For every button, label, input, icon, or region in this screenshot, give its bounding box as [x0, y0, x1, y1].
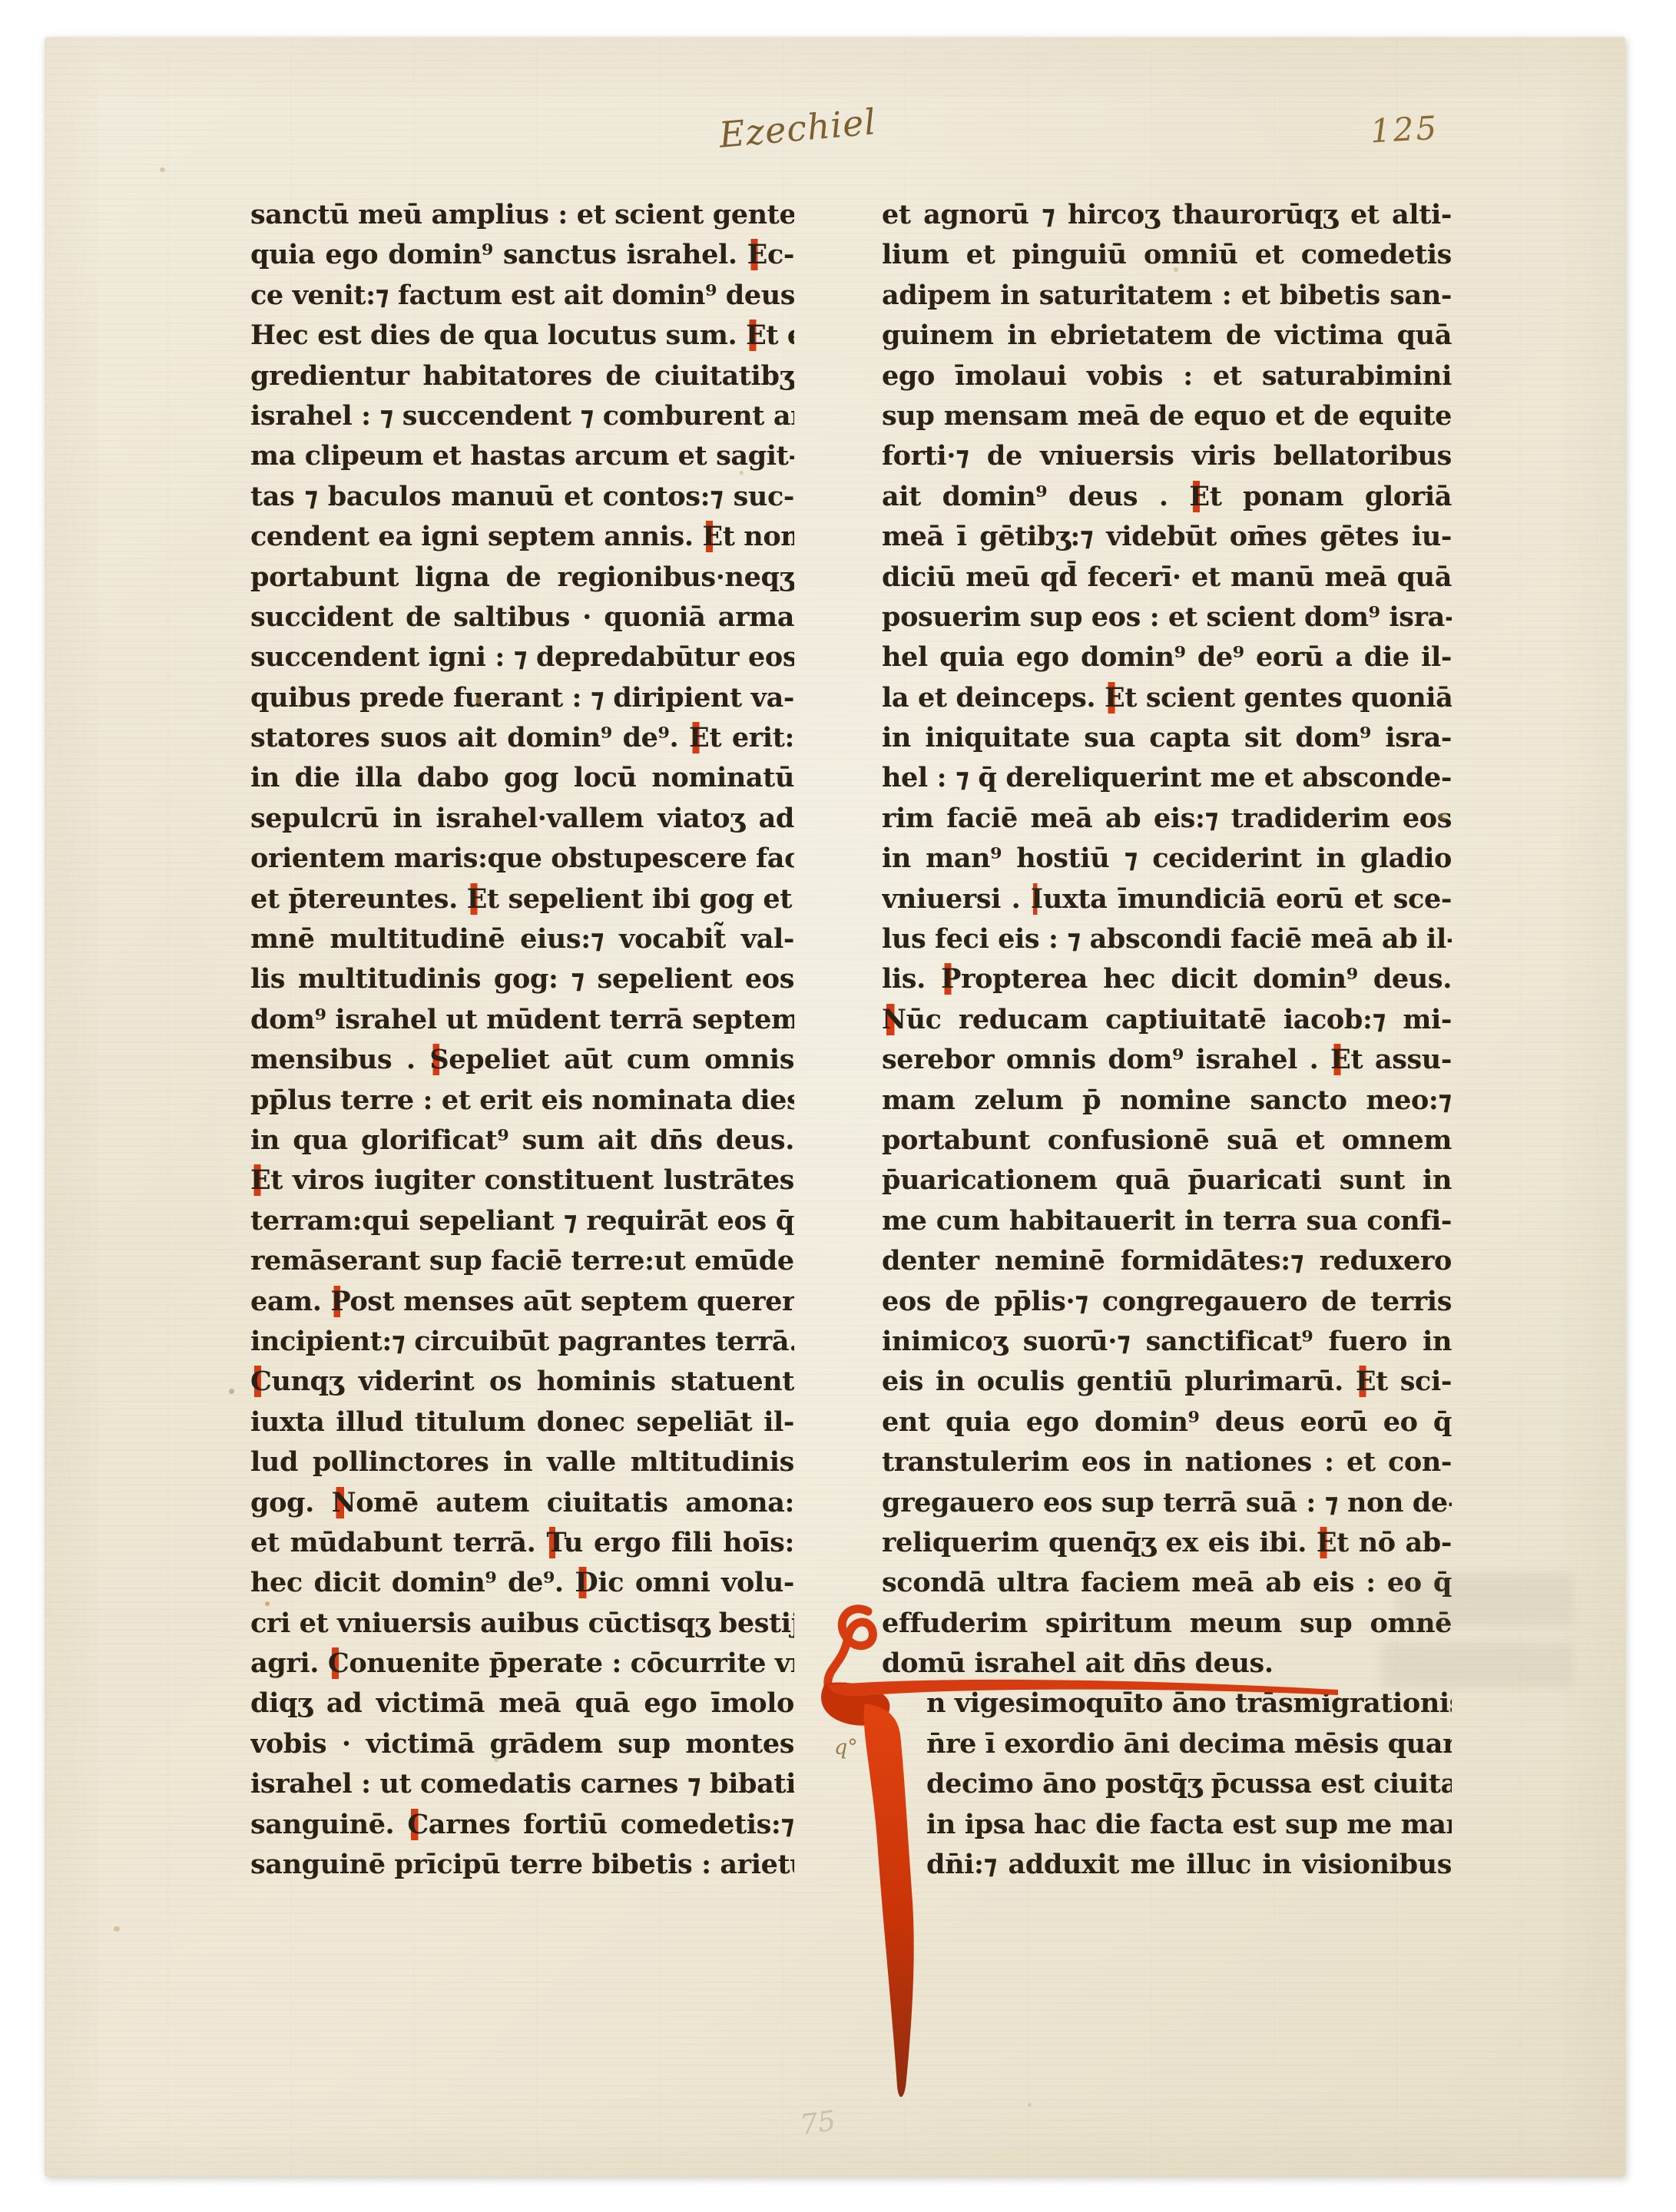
text-line: gog. Nomē autem ciuitatis amona:: [250, 1483, 794, 1523]
rubricated-capital: E: [1330, 1044, 1350, 1075]
text-line: me cum habitauerit in terra sua confi-: [882, 1201, 1452, 1241]
rubricated-capital: S: [429, 1044, 449, 1075]
text-line: portabunt confusionē suā et omnem: [882, 1121, 1452, 1161]
text-line: cendent ea igni septem annis. Et non: [250, 517, 794, 557]
text-line: ma clipeum et hastas arcum et sagit-: [250, 436, 794, 476]
text-line: posuerim sup eos : et scient dom⁹ isra-: [882, 598, 1452, 637]
rubricated-capital: E: [467, 883, 487, 915]
text-line: forti·⁊ de vniuersis viris bellatoribus: [882, 436, 1452, 476]
text-line: ego īmolaui vobis : et saturabimini: [882, 356, 1452, 396]
text-line: tas ⁊ baculos manuū et contos:⁊ suc-: [250, 477, 794, 517]
text-line: lud pollinctores in valle mltitudinis: [250, 1442, 794, 1482]
text-line: la et deinceps. Et scient gentes quoniā: [882, 678, 1452, 718]
text-line: hel : ⁊ q̄ dereliquerint me et absconde-: [882, 758, 1452, 798]
initial-stem: [864, 1704, 914, 2097]
text-line: eos de pp̄lis·⁊ congregauero de terris: [882, 1282, 1452, 1322]
text-line: lis. Propterea hec dicit domin⁹ deus.: [882, 959, 1452, 999]
foxing-spot: [160, 167, 165, 172]
text-line: sup mensam meā de equo et de equite: [882, 396, 1452, 436]
quire-mark: q°: [834, 1736, 858, 1760]
rubricated-capital: E: [250, 1164, 270, 1196]
text-line: pp̄lus terre : et erit eis nominata dies: [250, 1081, 794, 1121]
folio-number: 125: [1370, 109, 1440, 151]
rubricated-capital: E: [1317, 1527, 1336, 1558]
rubricated-capital: E: [1105, 682, 1125, 714]
text-line: sanguinē prīcipū terre bibetis : arietū: [250, 1845, 794, 1885]
rubricated-capital: N: [882, 1004, 906, 1035]
text-line: inimicoʒ suorū·⁊ sanctificat⁹ fuero in: [882, 1322, 1452, 1362]
rubricated-capital: T: [546, 1527, 563, 1558]
text-line: vniuersi . Iuxta īmundiciā eorū et sce-: [882, 879, 1452, 919]
text-line: sanctū meū amplius : et scient gentes: [250, 195, 794, 235]
handwritten-header-title: Ezechiel: [717, 101, 878, 156]
text-line: serebor omnis dom⁹ israhel . Et assu-: [882, 1040, 1452, 1080]
text-line: hel quia ego domin⁹ de⁹ eorū a die il-: [882, 637, 1452, 677]
text-line: vobis · victimā grādem sup montes: [250, 1724, 794, 1764]
text-line: dom⁹ israhel ut mūdent terrā septem: [250, 1000, 794, 1040]
text-line: terram:qui sepeliant ⁊ requirāt eos q̄: [250, 1201, 794, 1241]
text-line: israhel : ⁊ succendent ⁊ comburent ar-: [250, 396, 794, 436]
text-line: incipient:⁊ circuibūt pagrantes terrā.: [250, 1322, 794, 1362]
text-line: mnē multitudinē eius:⁊ vocabit̃ val-: [250, 919, 794, 959]
text-line: sepulcrū in israhel·vallem viatoʒ ad: [250, 799, 794, 839]
text-line: portabunt ligna de regionibus·neqʒ: [250, 558, 794, 598]
text-line: diciū meū qd̄ fecerī· et manū meā quā: [882, 558, 1452, 598]
rubricated-capital: E: [746, 320, 766, 351]
text-line: Hec est dies de qua locutus sum. Et e-: [250, 316, 794, 356]
text-line: mensibus . Sepeliet aūt cum omnis: [250, 1040, 794, 1080]
text-line: lis multitudinis gog: ⁊ sepelient eos: [250, 959, 794, 999]
text-line: lus feci eis : ⁊ abscondi faciē meā ab i…: [882, 919, 1452, 959]
text-line: quia ego domin⁹ sanctus israhel. Ec-: [250, 235, 794, 275]
left-text-column: sanctū meū amplius : et scient gentesqui…: [250, 195, 794, 1885]
rubricated-capital: N: [332, 1487, 356, 1518]
chapter-initial-letter-I: [820, 1602, 1358, 2140]
text-line: Cunqʒ viderint os hominis statuent: [250, 1362, 794, 1402]
text-line: remāserant sup faciē terre:ut emūdent: [250, 1241, 794, 1281]
text-line: statores suos ait domin⁹ de⁹. Et erit:: [250, 718, 794, 758]
manuscript-leaf: Ezechiel 125 sanctū meū amplius : et sci…: [45, 37, 1625, 2177]
rubricated-capital: P: [941, 963, 961, 995]
text-line: eam. Post menses aūt septem querere: [250, 1282, 794, 1322]
text-line: quibus prede fuerant : ⁊ diripient va-: [250, 678, 794, 718]
text-line: in die illa dabo gog locū nominatū: [250, 758, 794, 798]
text-line: rim faciē meā ab eis:⁊ tradiderim eos: [882, 799, 1452, 839]
foxing-spot: [114, 1926, 120, 1932]
text-line: hec dicit domin⁹ de⁹. Dic omni volu-: [250, 1563, 794, 1603]
text-line: cri et vniuersis auibus cūctisqʒ bestijs: [250, 1604, 794, 1644]
text-line: eis in oculis gentiū plurimarū. Et sci-: [882, 1362, 1452, 1402]
text-line: meā ī gētibʒ:⁊ videbūt om̄es gētes iu-: [882, 517, 1452, 557]
text-line: ce venit:⁊ factum est ait domin⁹ deus.: [250, 276, 794, 316]
rubricated-capital: E: [689, 722, 709, 753]
text-line: succendent igni : ⁊ depredabūtur eos: [250, 637, 794, 677]
rubricated-capital: E: [747, 239, 767, 270]
rubricated-capital: C: [328, 1647, 349, 1679]
text-line: reliquerim quenq̄ʒ ex eis ibi. Et nō ab-: [882, 1523, 1452, 1563]
text-line: ait domin⁹ deus . Et ponam gloriā: [882, 477, 1452, 517]
text-line: guinem in ebrietatem de victima quā: [882, 316, 1452, 356]
rubricated-capital: D: [575, 1567, 598, 1598]
text-line: gregauero eos sup terrā suā : ⁊ non de-: [882, 1483, 1452, 1523]
text-line: transtulerim eos in nationes : et con-: [882, 1442, 1452, 1482]
text-line: et agnorū ⁊ hircoʒ thaurorūqʒ et alti-: [882, 195, 1452, 235]
text-line: in qua glorificat⁹ sum ait dn̄s deus.: [250, 1121, 794, 1161]
text-line: et mūdabunt terrā. Tu ergo fili hoīs:: [250, 1523, 794, 1563]
text-line: scondā ultra faciem meā ab eis : eo q̄: [882, 1563, 1452, 1603]
text-line: gredientur habitatores de ciuitatibʒ: [250, 356, 794, 396]
text-line: p̄uaricationem quā p̄uaricati sunt in: [882, 1161, 1452, 1200]
rubricated-capital: C: [407, 1809, 428, 1840]
text-line: Nūc reducam captiuitatē iacob:⁊ mi-: [882, 1000, 1452, 1040]
text-line: in iniquitate sua capta sit dom⁹ isra-: [882, 718, 1452, 758]
text-line: lium et pinguiū omniū et comedetis: [882, 235, 1452, 275]
rubricated-capital: I: [1031, 883, 1043, 915]
text-line: mam zelum p̄ nomine sancto meo:⁊: [882, 1081, 1452, 1121]
scan-backdrop: { "page": { "kind": "Gutenberg Bible lea…: [0, 0, 1676, 2212]
text-line: in man⁹ hostiū ⁊ ceciderint in gladio: [882, 839, 1452, 879]
text-line: agri. Conuenite p̄perate : cōcurrite vn-: [250, 1644, 794, 1684]
text-line: diqʒ ad victimā meā quā ego īmolo: [250, 1684, 794, 1724]
text-line: Et viros iugiter constituent lustrātes: [250, 1161, 794, 1200]
rubricated-capital: E: [702, 521, 722, 552]
pencil-number: 75: [798, 2105, 837, 2141]
rubricated-capital: C: [250, 1366, 271, 1397]
text-line: israhel : ut comedatis carnes ⁊ bibatis: [250, 1764, 794, 1804]
rubricated-capital: E: [1189, 481, 1209, 512]
text-line: et p̄tereuntes. Et sepelient ibi gog et …: [250, 879, 794, 919]
foxing-spot: [229, 1389, 234, 1394]
text-line: adipem in saturitatem : et bibetis san-: [882, 276, 1452, 316]
initial-horizontal-sweep: [828, 1680, 1338, 1696]
text-line: ent quia ego domin⁹ deus eorū eo q̄: [882, 1402, 1452, 1442]
rubricated-capital: E: [1356, 1366, 1376, 1397]
text-line: orientem maris:que obstupescere faci-: [250, 839, 794, 879]
initial-knot-flourish: [828, 1609, 873, 1691]
text-line: succident de saltibus · quoniā arma: [250, 598, 794, 637]
text-line: sanguinē. Carnes fortiū comedetis:⁊: [250, 1805, 794, 1845]
text-line: iuxta illud titulum donec sepeliāt il-: [250, 1402, 794, 1442]
rubricated-capital: P: [330, 1286, 349, 1317]
text-line: denter neminē formidātes:⁊ reduxero: [882, 1241, 1452, 1281]
